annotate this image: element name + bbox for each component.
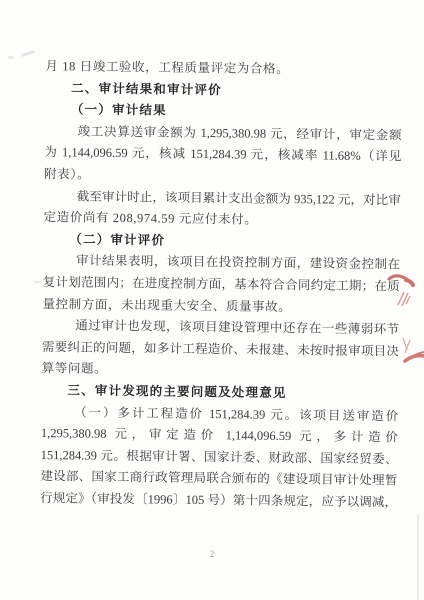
red-stamp-fragment-bottom — [403, 338, 424, 361]
text-line: 为 1,144,096.59 元，核减 151,284.39 元，核减率 11.… — [44, 142, 401, 168]
scanned-document-viewport: { "document": { "page_number": "2", "col… — [0, 0, 424, 600]
scan-smudge — [8, 56, 14, 59]
document-page: 月 18 日竣工验收，工程质量评定为合格。二、审计结果和审计评价（一）审计结果竣… — [0, 0, 424, 600]
document-lines: 月 18 日竣工验收，工程质量评定为合格。二、审计结果和审计评价（一）审计结果竣… — [40, 56, 403, 514]
page-number: 2 — [0, 549, 424, 559]
scan-smudge — [21, 50, 35, 57]
scan-smudge — [34, 281, 40, 283]
text-line: 行规定》（审投发〔1996〕105 号）第十四条规定，应予以调减， — [40, 488, 397, 514]
